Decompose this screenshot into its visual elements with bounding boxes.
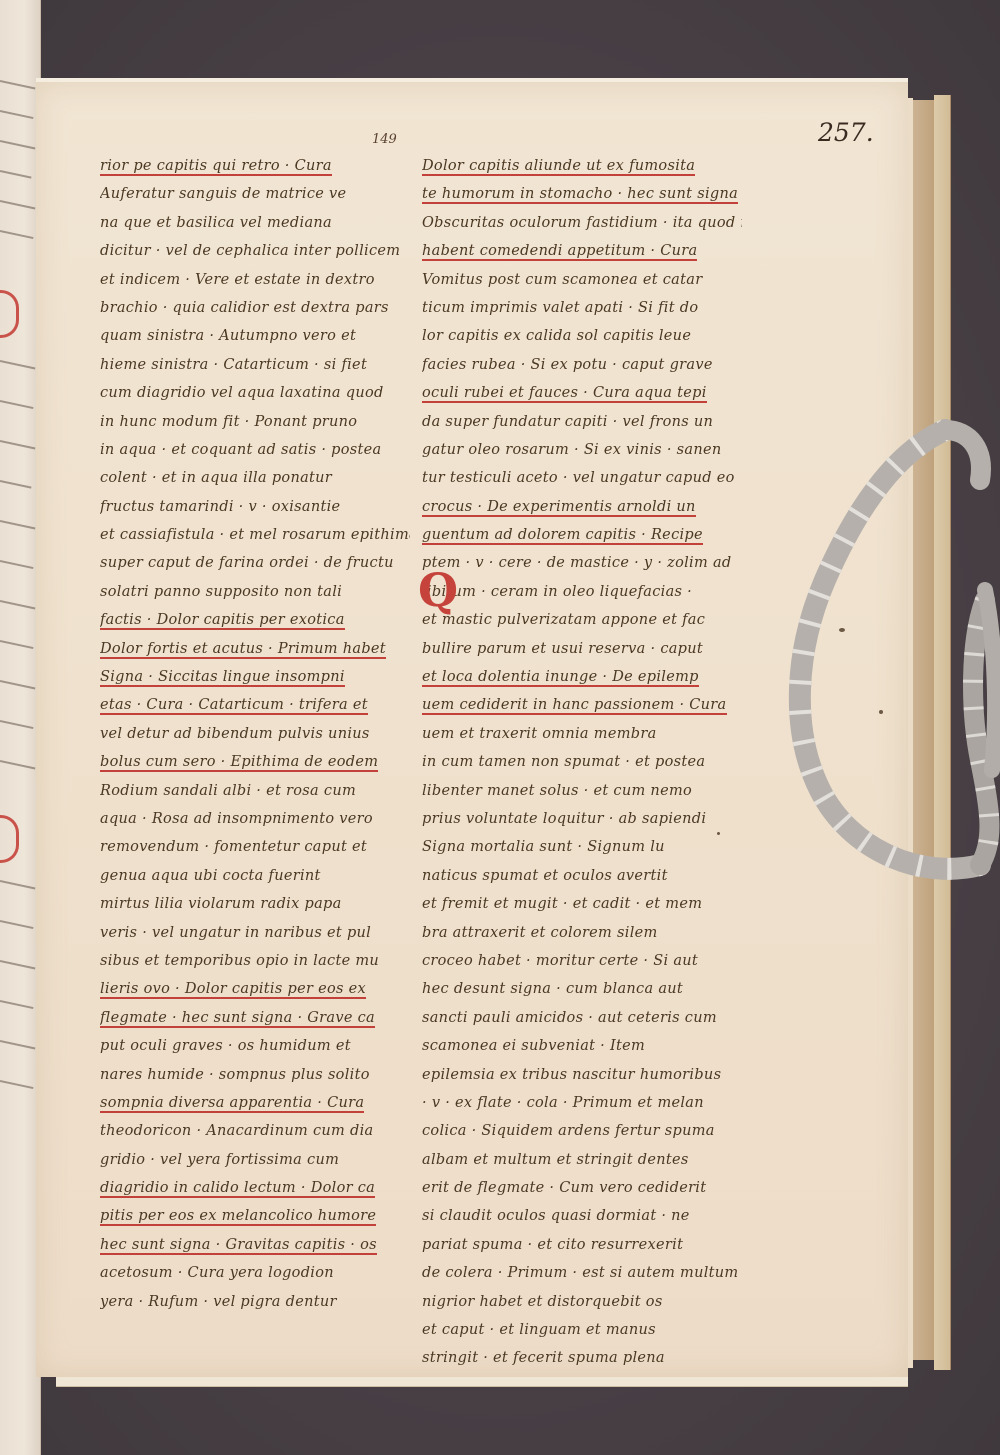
line-text: in hunc modum fit · Ponant pruno: [100, 414, 357, 430]
folio-number: 257.: [818, 118, 874, 147]
line-text: libitum · ceram in oleo liquefacias ·: [422, 584, 692, 600]
ghost-text-line: [0, 1040, 35, 1049]
text-line: crocus · De experimentis arnoldi un: [422, 493, 742, 521]
line-text: dicitur · vel de cephalica inter pollice…: [100, 243, 400, 259]
text-line: scamonea ei subveniat · Item: [422, 1032, 742, 1060]
text-line: Dolor fortis et acutus · Primum habet: [100, 635, 410, 663]
ghost-text-line: [0, 600, 35, 609]
text-line: sancti pauli amicidos · aut ceteris cum: [422, 1004, 742, 1032]
ink-stain: [879, 710, 883, 714]
line-text: albam et multum et stringit dentes: [422, 1152, 689, 1168]
line-text: sancti pauli amicidos · aut ceteris cum: [422, 1010, 717, 1026]
ghost-text-line: [0, 960, 35, 969]
rubricated-text: bolus cum sero · Epithima de eodem: [100, 754, 378, 772]
rubricated-text: diagridio in calido lectum · Dolor ca: [100, 1180, 375, 1198]
line-text: na que et basilica vel mediana: [100, 215, 332, 231]
rubricated-text: habent comedendi appetitum · Cura: [422, 243, 697, 261]
text-line: guentum ad dolorem capitis · Recipe: [422, 521, 742, 549]
line-text: gridio · vel yera fortissima cum: [100, 1152, 339, 1168]
line-text: Vomitus post cum scamonea et catar: [422, 272, 702, 288]
text-line: sibus et temporibus opio in lacte mu: [100, 947, 410, 975]
line-text: ptem · v · cere · de mastice · y · zolim…: [422, 555, 731, 571]
ghost-text-line: [0, 110, 33, 119]
line-text: brachio · quia calidior est dextra pars: [100, 300, 389, 316]
text-line: croceo habet · moritur certe · Si aut: [422, 947, 742, 975]
left-facing-page: [0, 0, 41, 1455]
line-text: cum diagridio vel aqua laxatina quod: [100, 385, 384, 401]
text-line: ticum imprimis valet apati · Si fit do: [422, 294, 742, 322]
line-text: bra attraxerit et colorem silem: [422, 925, 658, 941]
text-line: vel detur ad bibendum pulvis unius: [100, 720, 410, 748]
text-line: rior pe capitis qui retro · Cura: [100, 152, 410, 180]
line-text: vel detur ad bibendum pulvis unius: [100, 726, 370, 742]
line-text: bullire parum et usui reserva · caput: [422, 641, 703, 657]
old-folio-number: 149: [372, 132, 397, 147]
line-text: uem et traxerit omnia membra: [422, 726, 657, 742]
line-text: quam sinistra · Autumpno vero et: [100, 328, 356, 344]
text-line: epilemsia ex tribus nascitur humoribus: [422, 1061, 742, 1089]
text-line: et cassiafistula · et mel rosarum epithi…: [100, 521, 410, 549]
fore-edge-binding: [934, 95, 951, 1370]
ghost-text-line: [0, 80, 35, 89]
rubricated-text: Dolor capitis aliunde ut ex fumosita: [422, 158, 695, 176]
ghost-text-line: [0, 560, 33, 569]
line-text: sibus et temporibus opio in lacte mu: [100, 953, 379, 969]
ghost-text-line: [0, 880, 35, 889]
text-line: cum diagridio vel aqua laxatina quod: [100, 379, 410, 407]
line-text: in aqua · et coquant ad satis · postea: [100, 442, 382, 458]
text-line: libenter manet solus · et cum nemo: [422, 777, 742, 805]
text-line: veris · vel ungatur in naribus et pul: [100, 919, 410, 947]
text-line: nigrior habet et distorquebit os: [422, 1288, 742, 1316]
ink-stain: [839, 628, 845, 632]
text-line: acetosum · Cura yera logodion: [100, 1259, 410, 1287]
line-text: da super fundatur capiti · vel frons un: [422, 414, 713, 430]
text-line: in hunc modum fit · Ponant pruno: [100, 408, 410, 436]
line-text: in cum tamen non spumat · et postea: [422, 754, 705, 770]
line-text: lor capitis ex calida sol capitis leue: [422, 328, 691, 344]
text-line: flegmate · hec sunt signa · Grave ca: [100, 1004, 410, 1032]
line-text: et cassiafistula · et mel rosarum epithi…: [100, 527, 410, 543]
rubricated-text: etas · Cura · Catarticum · trifera et: [100, 697, 368, 715]
ghost-text-line: [0, 140, 35, 149]
ghost-text-line: [0, 170, 32, 179]
text-line: hieme sinistra · Catarticum · si fiet: [100, 351, 410, 379]
line-text: nigrior habet et distorquebit os: [422, 1294, 663, 1310]
text-line: facies rubea · Si ex potu · caput grave: [422, 351, 742, 379]
line-text: Signa mortalia sunt · Signum lu: [422, 839, 665, 855]
line-text: colent · et in aqua illa ponatur: [100, 470, 332, 486]
line-text: put oculi graves · os humidum et: [100, 1038, 351, 1054]
text-line: bolus cum sero · Epithima de eodem: [100, 748, 410, 776]
text-line: diagridio in calido lectum · Dolor ca: [100, 1174, 410, 1202]
line-text: de colera · Primum · est si autem multum: [422, 1265, 738, 1281]
text-column-left: rior pe capitis qui retro · CuraAuferatu…: [100, 152, 410, 1316]
line-text: gatur oleo rosarum · Si ex vinis · sanen: [422, 442, 721, 458]
text-line: removendum · fomentetur caput et: [100, 833, 410, 861]
text-line: bullire parum et usui reserva · caput: [422, 635, 742, 663]
text-line: lor capitis ex calida sol capitis leue: [422, 322, 742, 350]
ghost-text-line: [0, 400, 33, 409]
ghost-text-line: [0, 520, 35, 529]
line-text: et caput · et linguam et manus: [422, 1322, 656, 1338]
text-line: et fremit et mugit · et cadit · et mem: [422, 890, 742, 918]
text-line: mirtus lilia violarum radix papa: [100, 890, 410, 918]
text-line: hec sunt signa · Gravitas capitis · os: [100, 1231, 410, 1259]
text-line: Signa mortalia sunt · Signum lu: [422, 833, 742, 861]
line-text: aqua · Rosa ad insompnimento vero: [100, 811, 373, 827]
text-line: hec desunt signa · cum blanca aut: [422, 975, 742, 1003]
line-text: naticus spumat et oculos avertit: [422, 868, 668, 884]
text-line: fructus tamarindi · v · oxisantie: [100, 493, 410, 521]
line-text: · v · ex flate · cola · Primum et melan: [422, 1095, 704, 1111]
line-text: et mastic pulverizatam appone et fac: [422, 612, 705, 628]
text-line: lieris ovo · Dolor capitis per eos ex: [100, 975, 410, 1003]
ghost-text-line: [0, 230, 33, 239]
text-line: Rodium sandali albi · et rosa cum: [100, 777, 410, 805]
red-initial-mark: [0, 290, 19, 338]
text-line: habent comedendi appetitum · Cura: [422, 237, 742, 265]
text-line: dicitur · vel de cephalica inter pollice…: [100, 237, 410, 265]
text-line: et indicem · Vere et estate in dextro: [100, 266, 410, 294]
rubricated-text: pitis per eos ex melancolico humore: [100, 1208, 376, 1226]
line-text: libenter manet solus · et cum nemo: [422, 783, 692, 799]
line-text: stringit · et fecerit spuma plena: [422, 1350, 665, 1366]
rubricated-text: et loca dolentia inunge · De epilemp: [422, 669, 699, 687]
text-line: et loca dolentia inunge · De epilemp: [422, 663, 742, 691]
text-line: quam sinistra · Autumpno vero et: [100, 322, 410, 350]
rubricated-text: flegmate · hec sunt signa · Grave ca: [100, 1010, 375, 1028]
line-text: tur testiculi aceto · vel ungatur capud …: [422, 470, 735, 486]
fore-edge-stack: [912, 100, 934, 1360]
text-line: libitum · ceram in oleo liquefacias ·: [422, 578, 742, 606]
line-text: erit de flegmate · Cum vero cediderit: [422, 1180, 706, 1196]
rubricated-text: lieris ovo · Dolor capitis per eos ex: [100, 981, 366, 999]
text-line: genua aqua ubi cocta fuerint: [100, 862, 410, 890]
line-text: Rodium sandali albi · et rosa cum: [100, 783, 356, 799]
text-line: et caput · et linguam et manus: [422, 1316, 742, 1344]
rubricated-text: factis · Dolor capitis per exotica: [100, 612, 345, 630]
rubricated-text: uem cediderit in hanc passionem · Cura: [422, 697, 727, 715]
text-line: in cum tamen non spumat · et postea: [422, 748, 742, 776]
text-line: pitis per eos ex melancolico humore: [100, 1202, 410, 1230]
line-text: scamonea ei subveniat · Item: [422, 1038, 645, 1054]
text-line: Obscuritas oculorum fastidium · ita quod…: [422, 209, 742, 237]
text-line: colent · et in aqua illa ponatur: [100, 464, 410, 492]
ghost-text-line: [0, 1080, 33, 1089]
text-line: etas · Cura · Catarticum · trifera et: [100, 691, 410, 719]
rubricated-text: crocus · De experimentis arnoldi un: [422, 499, 696, 517]
line-text: et indicem · Vere et estate in dextro: [100, 272, 375, 288]
line-text: prius voluntate loquitur · ab sapiendi: [422, 811, 706, 827]
line-text: si claudit oculos quasi dormiat · ne: [422, 1208, 690, 1224]
text-line: · v · ex flate · cola · Primum et melan: [422, 1089, 742, 1117]
ghost-text-line: [0, 720, 33, 729]
rubricated-text: hec sunt signa · Gravitas capitis · os: [100, 1237, 377, 1255]
text-line: da super fundatur capiti · vel frons un: [422, 408, 742, 436]
text-line: uem cediderit in hanc passionem · Cura: [422, 691, 742, 719]
text-line: Auferatur sanguis de matrice ve: [100, 180, 410, 208]
rubricated-text: oculi rubei et fauces · Cura aqua tepi: [422, 385, 707, 403]
line-text: nares humide · sompnus plus solito: [100, 1067, 370, 1083]
ghost-text-line: [0, 1000, 33, 1009]
text-line: te humorum in stomacho · hec sunt signa: [422, 180, 742, 208]
text-line: sompnia diversa apparentia · Cura: [100, 1089, 410, 1117]
line-text: mirtus lilia violarum radix papa: [100, 896, 342, 912]
text-line: tur testiculi aceto · vel ungatur capud …: [422, 464, 742, 492]
line-text: epilemsia ex tribus nascitur humoribus: [422, 1067, 721, 1083]
text-line: in aqua · et coquant ad satis · postea: [100, 436, 410, 464]
line-text: removendum · fomentetur caput et: [100, 839, 367, 855]
text-line: oculi rubei et fauces · Cura aqua tepi: [422, 379, 742, 407]
line-text: Obscuritas oculorum fastidium · ita quod…: [422, 215, 742, 231]
ghost-text-line: [0, 360, 35, 369]
rubricated-text: Dolor fortis et acutus · Primum habet: [100, 641, 386, 659]
text-line: pariat spuma · et cito resurrexerit: [422, 1231, 742, 1259]
text-line: prius voluntate loquitur · ab sapiendi: [422, 805, 742, 833]
line-text: pariat spuma · et cito resurrexerit: [422, 1237, 683, 1253]
line-text: super caput de farina ordei · de fructu: [100, 555, 394, 571]
line-text: fructus tamarindi · v · oxisantie: [100, 499, 340, 515]
line-text: genua aqua ubi cocta fuerint: [100, 868, 321, 884]
rubricated-text: rior pe capitis qui retro · Cura: [100, 158, 332, 176]
text-line: put oculi graves · os humidum et: [100, 1032, 410, 1060]
text-line: theodoricon · Anacardinum cum dia: [100, 1117, 410, 1145]
text-line: uem et traxerit omnia membra: [422, 720, 742, 748]
line-text: croceo habet · moritur certe · Si aut: [422, 953, 698, 969]
text-column-right: Dolor capitis aliunde ut ex fumositate h…: [422, 152, 742, 1373]
line-text: veris · vel ungatur in naribus et pul: [100, 925, 371, 941]
text-line: nares humide · sompnus plus solito: [100, 1061, 410, 1089]
line-text: theodoricon · Anacardinum cum dia: [100, 1123, 373, 1139]
text-line: si claudit oculos quasi dormiat · ne: [422, 1202, 742, 1230]
text-line: colica · Siquidem ardens fertur spuma: [422, 1117, 742, 1145]
line-text: solatri panno supposito non tali: [100, 584, 342, 600]
text-line: factis · Dolor capitis per exotica: [100, 606, 410, 634]
text-line: ptem · v · cere · de mastice · y · zolim…: [422, 549, 742, 577]
text-line: Vomitus post cum scamonea et catar: [422, 266, 742, 294]
line-text: colica · Siquidem ardens fertur spuma: [422, 1123, 715, 1139]
line-text: et fremit et mugit · et cadit · et mem: [422, 896, 702, 912]
text-line: de colera · Primum · est si autem multum: [422, 1259, 742, 1287]
text-line: gridio · vel yera fortissima cum: [100, 1146, 410, 1174]
line-text: hec desunt signa · cum blanca aut: [422, 981, 683, 997]
text-line: naticus spumat et oculos avertit: [422, 862, 742, 890]
ghost-text-line: [0, 920, 33, 929]
ghost-text-line: [0, 480, 32, 489]
rubricated-text: Signa · Siccitas lingue insompni: [100, 669, 345, 687]
text-line: Dolor capitis aliunde ut ex fumosita: [422, 152, 742, 180]
ghost-text-line: [0, 760, 35, 769]
line-text: Auferatur sanguis de matrice ve: [100, 186, 346, 202]
ghost-text-line: [0, 200, 35, 209]
ghost-text-line: [0, 440, 35, 449]
text-line: super caput de farina ordei · de fructu: [100, 549, 410, 577]
ghost-text-line: [0, 640, 33, 649]
line-text: hieme sinistra · Catarticum · si fiet: [100, 357, 367, 373]
text-line: gatur oleo rosarum · Si ex vinis · sanen: [422, 436, 742, 464]
line-text: acetosum · Cura yera logodion: [100, 1265, 334, 1281]
line-text: ticum imprimis valet apati · Si fit do: [422, 300, 698, 316]
text-line: albam et multum et stringit dentes: [422, 1146, 742, 1174]
text-line: yera · Rufum · vel pigra dentur: [100, 1288, 410, 1316]
text-line: bra attraxerit et colorem silem: [422, 919, 742, 947]
red-initial-q: Q: [418, 568, 458, 612]
rubricated-text: te humorum in stomacho · hec sunt signa: [422, 186, 738, 204]
text-line: na que et basilica vel mediana: [100, 209, 410, 237]
rubricated-text: guentum ad dolorem capitis · Recipe: [422, 527, 703, 545]
text-line: aqua · Rosa ad insompnimento vero: [100, 805, 410, 833]
ink-stain: [717, 832, 720, 835]
line-text: yera · Rufum · vel pigra dentur: [100, 1294, 337, 1310]
text-line: et mastic pulverizatam appone et fac: [422, 606, 742, 634]
text-line: Signa · Siccitas lingue insompni: [100, 663, 410, 691]
ghost-text-line: [0, 680, 35, 689]
line-text: facies rubea · Si ex potu · caput grave: [422, 357, 713, 373]
red-initial-mark: [0, 815, 19, 863]
text-line: stringit · et fecerit spuma plena: [422, 1344, 742, 1372]
text-line: erit de flegmate · Cum vero cediderit: [422, 1174, 742, 1202]
text-line: solatri panno supposito non tali: [100, 578, 410, 606]
text-line: brachio · quia calidior est dextra pars: [100, 294, 410, 322]
rubricated-text: sompnia diversa apparentia · Cura: [100, 1095, 364, 1113]
